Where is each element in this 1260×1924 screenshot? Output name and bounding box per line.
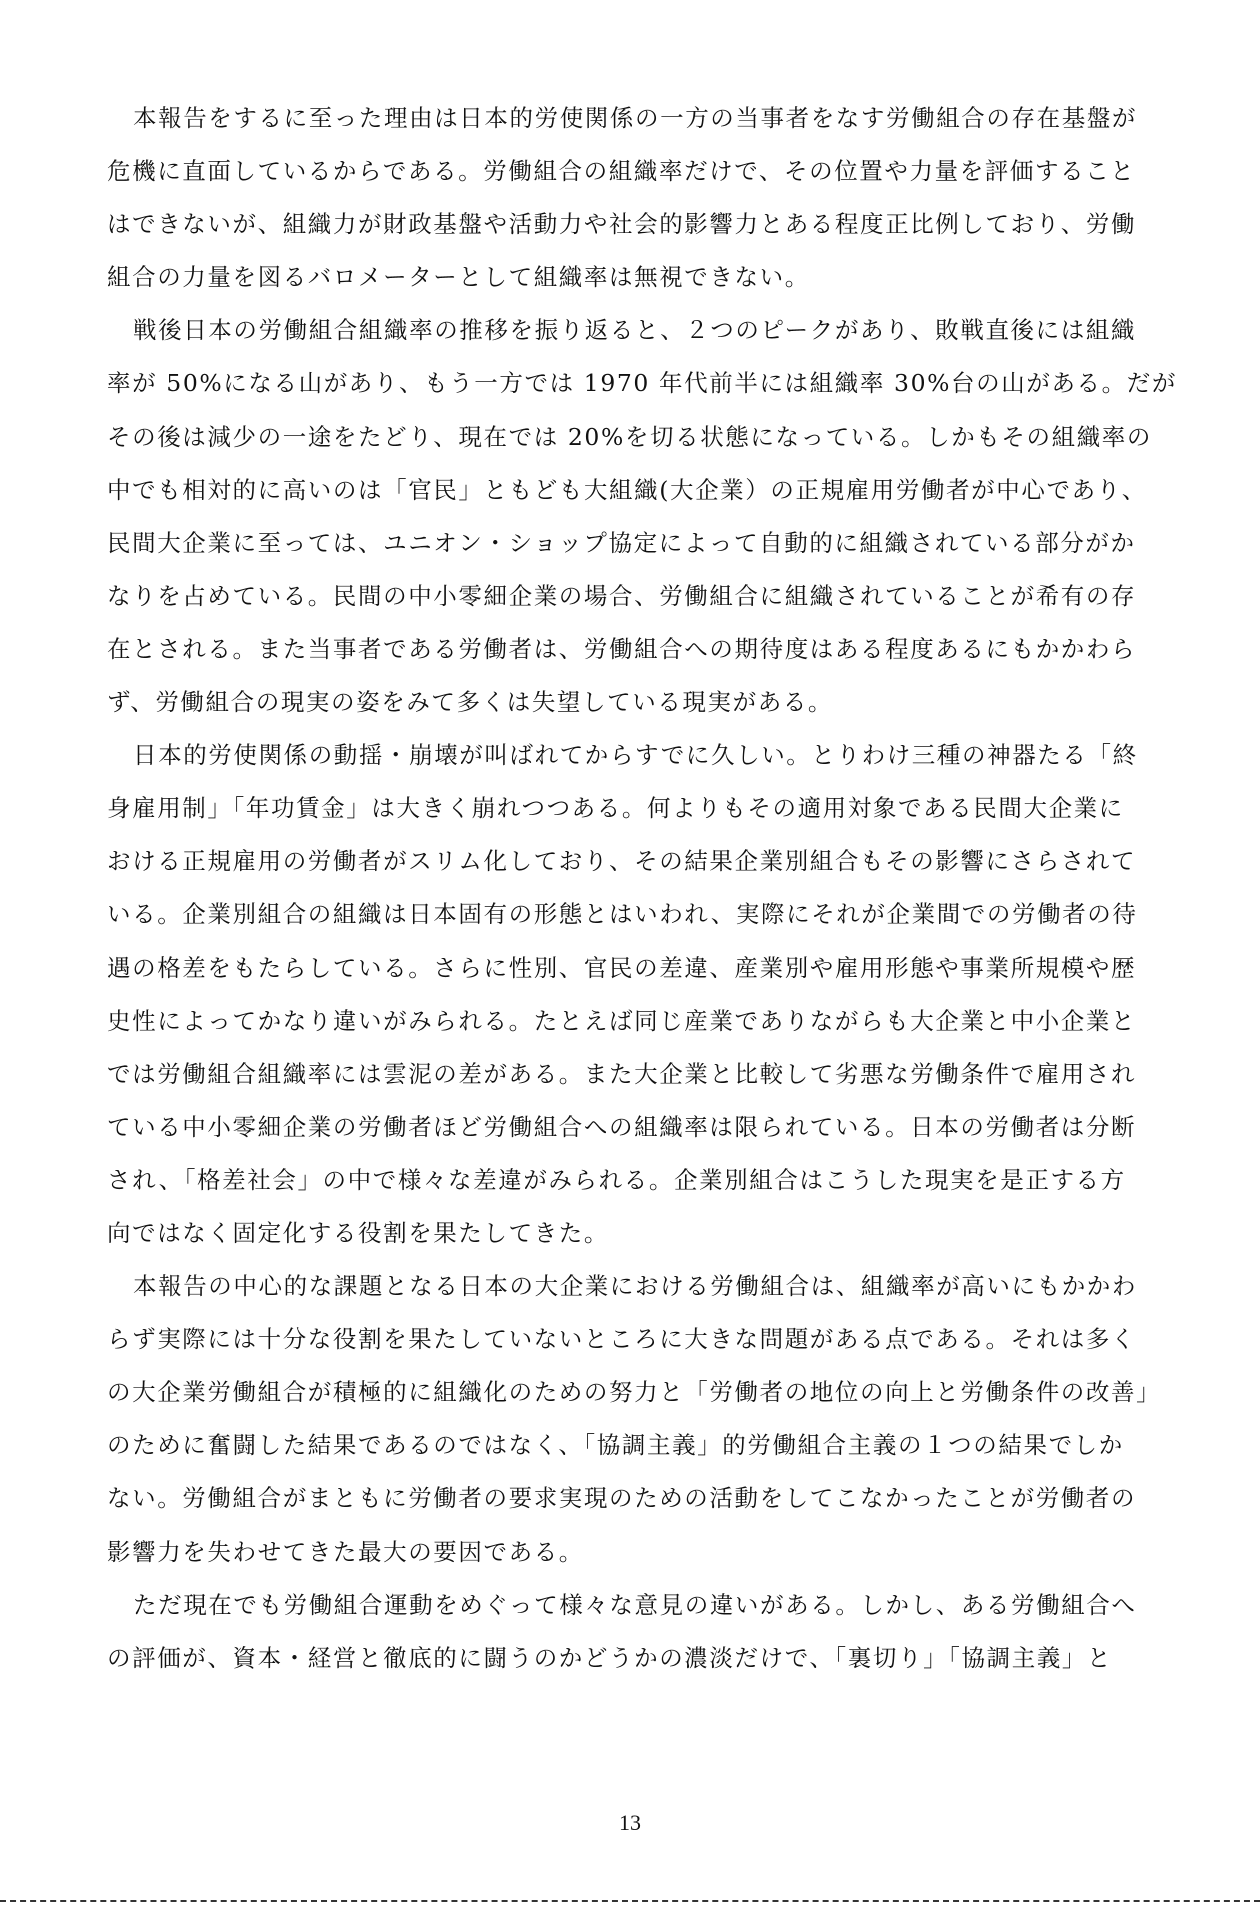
text-line: 民間大企業に至っては、ユニオン・ショップ協定によって自動的に組織されている部分が… (107, 517, 1147, 570)
text-line: ない。労働組合がまともに労働者の要求実現のための活動をしてこなかったことが労働者… (107, 1472, 1147, 1525)
text-line: のために奮闘した結果であるのではなく、「協調主義」的労働組合主義の１つの結果でし… (107, 1419, 1147, 1472)
text-line: ず、労働組合の現実の姿をみて多くは失望している現実がある。 (107, 676, 1147, 729)
text-line: 本報告をするに至った理由は日本的労使関係の一方の当事者をなす労働組合の存在基盤が (107, 92, 1147, 145)
footer-divider (0, 1900, 1260, 1902)
text-line: 日本的労使関係の動揺・崩壊が叫ばれてからすでに久しい。とりわけ三種の神器たる「終 (107, 729, 1147, 782)
text-line: 危機に直面しているからである。労働組合の組織率だけで、その位置や力量を評価するこ… (107, 145, 1147, 198)
text-line: らず実際には十分な役割を果たしていないところに大きな問題がある点である。それは多… (107, 1313, 1147, 1366)
text-line: 中でも相対的に高いのは「官民」ともども大組織(大企業）の正規雇用労働者が中心であ… (107, 464, 1147, 517)
page-number: 13 (0, 1810, 1260, 1836)
text-line: はできないが、組織力が財政基盤や活動力や社会的影響力とある程度正比例しており、労… (107, 198, 1147, 251)
text-line: 向ではなく固定化する役割を果たしてきた。 (107, 1207, 1147, 1260)
text-line: され、「格差社会」の中で様々な差違がみられる。企業別組合はこうした現実を是正する… (107, 1154, 1147, 1207)
text-line: 在とされる。また当事者である労働者は、労働組合への期待度はある程度あるにもかかわ… (107, 623, 1147, 676)
text-line: 影響力を失わせてきた最大の要因である。 (107, 1526, 1147, 1579)
text-line: 戦後日本の労働組合組織率の推移を振り返ると、２つのピークがあり、敗戦直後には組織 (107, 304, 1147, 357)
text-line: 本報告の中心的な課題となる日本の大企業における労働組合は、組織率が高いにもかかわ (107, 1260, 1147, 1313)
text-line: なりを占めている。民間の中小零細企業の場合、労働組合に組織されていることが希有の… (107, 570, 1147, 623)
text-line: 率が 50%になる山があり、もう一方では 1970 年代前半には組織率 30%台… (107, 357, 1147, 410)
text-line: では労働組合組織率には雲泥の差がある。また大企業と比較して劣悪な労働条件で雇用さ… (107, 1048, 1147, 1101)
text-line: の大企業労働組合が積極的に組織化のための努力と「労働者の地位の向上と労働条件の改… (107, 1366, 1147, 1419)
text-line: 身雇用制」「年功賃金」は大きく崩れつつある。何よりもその適用対象である民間大企業… (107, 782, 1147, 835)
text-line: ている中小零細企業の労働者ほど労働組合への組織率は限られている。日本の労働者は分… (107, 1101, 1147, 1154)
body-text: 本報告をするに至った理由は日本的労使関係の一方の当事者をなす労働組合の存在基盤が… (107, 92, 1147, 1685)
text-line: その後は減少の一途をたどり、現在では 20%を切る状態になっている。しかもその組… (107, 411, 1147, 464)
text-line: おける正規雇用の労働者がスリム化しており、その結果企業別組合もその影響にさらされ… (107, 835, 1147, 888)
text-line: 史性によってかなり違いがみられる。たとえば同じ産業でありながらも大企業と中小企業… (107, 995, 1147, 1048)
text-line: 遇の格差をもたらしている。さらに性別、官民の差違、産業別や雇用形態や事業所規模や… (107, 942, 1147, 995)
text-line: いる。企業別組合の組織は日本固有の形態とはいわれ、実際にそれが企業間での労働者の… (107, 888, 1147, 941)
text-line: の評価が、資本・経営と徹底的に闘うのかどうかの濃淡だけで、「裏切り」「協調主義」… (107, 1632, 1147, 1685)
document-page: 本報告をするに至った理由は日本的労使関係の一方の当事者をなす労働組合の存在基盤が… (0, 0, 1260, 1924)
text-line: ただ現在でも労働組合運動をめぐって様々な意見の違いがある。しかし、ある労働組合へ (107, 1579, 1147, 1632)
text-line: 組合の力量を図るバロメーターとして組織率は無視できない。 (107, 251, 1147, 304)
